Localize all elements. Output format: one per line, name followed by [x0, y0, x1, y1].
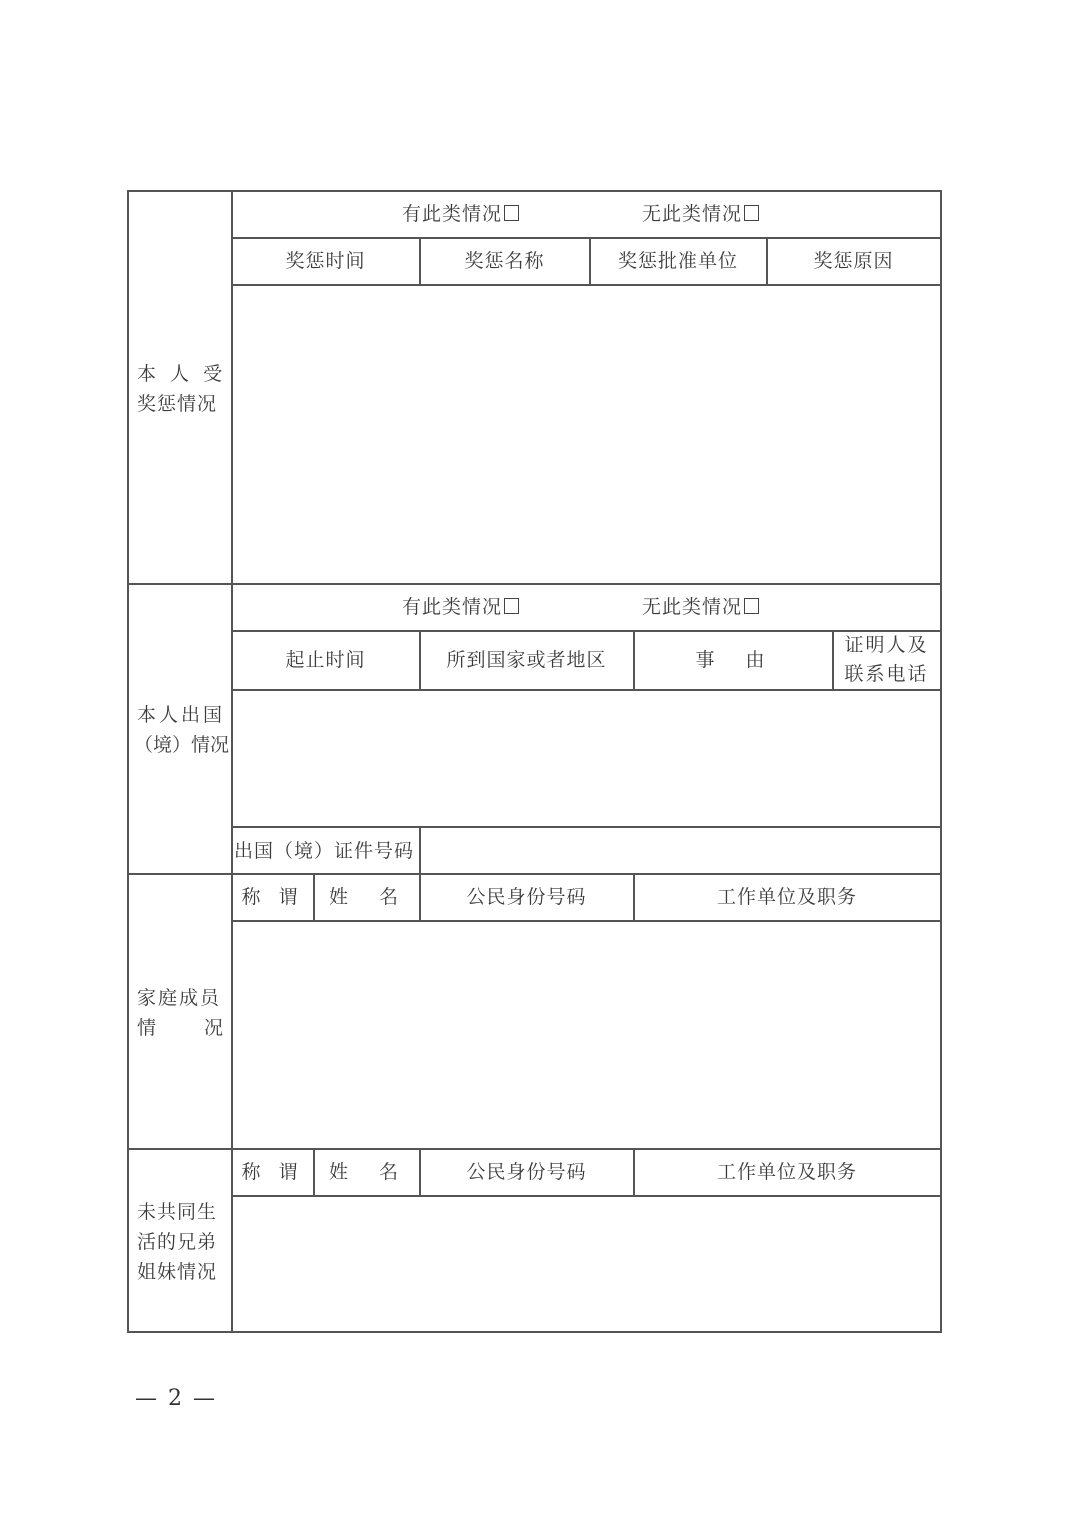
- form-page: 本 人 受 奖惩情况 有此类情况 无此类情况 奖惩时间 奖惩名称 奖惩批准单位 …: [0, 0, 1080, 1526]
- family-section-label: 家庭成员 情 况: [137, 983, 225, 1043]
- page-number: — 2 —: [135, 1386, 217, 1411]
- header-name: 姓 名: [314, 1157, 419, 1187]
- header-id-number: 公民身份号码: [420, 882, 633, 912]
- header-id-number: 公民身份号码: [420, 1157, 633, 1187]
- header-witness-contact: 证明人及 联系电话: [833, 631, 940, 689]
- table-border-left: [127, 190, 129, 1332]
- header-employer-position: 工作单位及职务: [634, 1157, 940, 1187]
- rewards-content-area[interactable]: [233, 286, 940, 582]
- header-approving-unit: 奖惩批准单位: [590, 246, 766, 276]
- section-divider: [127, 1148, 942, 1150]
- checkbox-icon[interactable]: [504, 205, 519, 221]
- rewards-has-case-option[interactable]: 有此类情况: [402, 199, 519, 229]
- abroad-no-case-option[interactable]: 无此类情况: [642, 592, 759, 622]
- siblings-content-area[interactable]: [233, 1197, 940, 1330]
- abroad-has-case-option[interactable]: 有此类情况: [402, 592, 519, 622]
- checkbox-icon[interactable]: [744, 598, 759, 614]
- table-border-right: [940, 190, 942, 1332]
- section-divider: [127, 583, 942, 585]
- abroad-section-label: 本人出国 （境）情况: [137, 700, 237, 760]
- abroad-content-area[interactable]: [233, 691, 940, 825]
- rewards-section-label: 本 人 受 奖惩情况: [137, 359, 227, 419]
- divider: [231, 237, 941, 239]
- header-reason: 事 由: [634, 645, 832, 675]
- header-name: 姓 名: [314, 882, 419, 912]
- table-border-top: [127, 190, 942, 192]
- header-reward-time: 奖惩时间: [232, 246, 419, 276]
- header-reward-reason: 奖惩原因: [767, 246, 940, 276]
- family-content-area[interactable]: [233, 922, 940, 1147]
- siblings-section-label: 未共同生 活的兄弟 姐妹情况: [137, 1197, 227, 1287]
- table-border-bottom: [127, 1331, 942, 1333]
- header-reward-name: 奖惩名称: [420, 246, 589, 276]
- section-divider: [127, 873, 942, 875]
- checkbox-icon[interactable]: [744, 205, 759, 221]
- header-relation: 称 谓: [232, 882, 313, 912]
- header-employer-position: 工作单位及职务: [634, 882, 940, 912]
- header-relation: 称 谓: [232, 1157, 313, 1187]
- header-destination: 所到国家或者地区: [420, 645, 633, 675]
- rewards-no-case-option[interactable]: 无此类情况: [642, 199, 759, 229]
- passport-number-label: 出国（境）证件号码: [234, 836, 414, 866]
- passport-number-field[interactable]: [421, 828, 940, 872]
- header-travel-period: 起止时间: [232, 645, 419, 675]
- checkbox-icon[interactable]: [504, 598, 519, 614]
